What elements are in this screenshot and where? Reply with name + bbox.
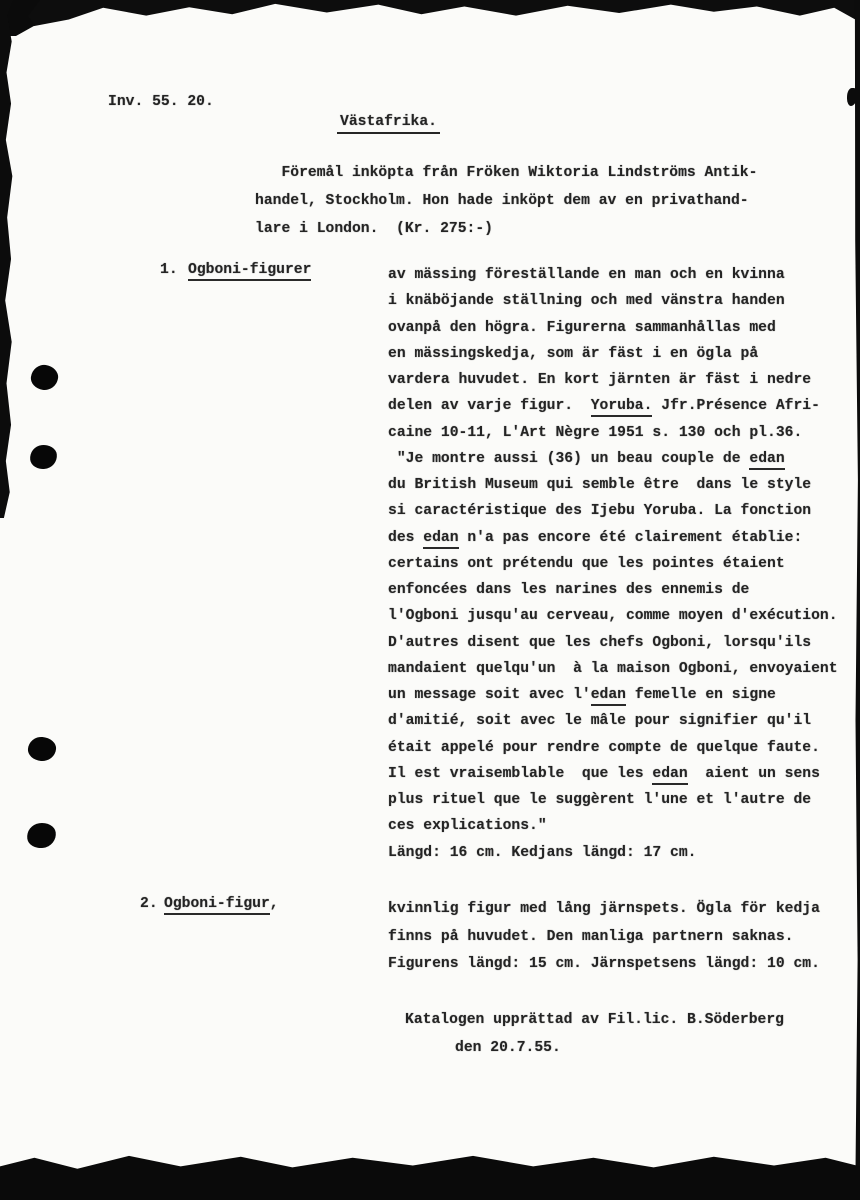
text-line: av mässing föreställande en man och en k… bbox=[388, 262, 838, 288]
punch-hole bbox=[25, 821, 57, 850]
text-line: Föremål inköpta från Fröken Wiktoria Lin… bbox=[255, 160, 757, 188]
text-line: du British Museum qui semble être dans l… bbox=[388, 472, 838, 498]
punch-hole bbox=[29, 363, 59, 392]
scan-edge-right bbox=[854, 0, 860, 1200]
text-line: ovanpå den högra. Figurerna sammanhållas… bbox=[388, 315, 838, 341]
text-line: enfoncées dans les narines des ennemis d… bbox=[388, 577, 838, 603]
text-line: d'amitié, soit avec le mâle pour signifi… bbox=[388, 708, 838, 734]
text-line: D'autres disent que les chefs Ogboni, lo… bbox=[388, 630, 838, 656]
scan-speckles bbox=[0, 0, 2, 2]
scan-edge-top bbox=[0, 0, 860, 26]
text-line: finns på huvudet. Den manliga partnern s… bbox=[388, 924, 820, 952]
page-title: Västafrika. bbox=[337, 114, 440, 130]
text-line: si caractéristique des Ijebu Yoruba. La … bbox=[388, 498, 838, 524]
text-line: plus rituel que le suggèrent l'une et l'… bbox=[388, 787, 838, 813]
intro-paragraph: Föremål inköpta från Fröken Wiktoria Lin… bbox=[255, 160, 757, 243]
text-line: delen av varje figur. Yoruba. Jfr.Présen… bbox=[388, 393, 838, 419]
text-line: caine 10-11, L'Art Nègre 1951 s. 130 och… bbox=[388, 420, 838, 446]
text-line: en mässingskedja, som är fäst i en ögla … bbox=[388, 341, 838, 367]
punch-hole bbox=[27, 736, 57, 762]
item-label-text: Ogboni-figurer bbox=[188, 262, 311, 281]
item-label: Ogboni-figurer bbox=[188, 262, 311, 278]
footer-line: den 20.7.55. bbox=[455, 1040, 561, 1056]
document-page: Inv. 55. 20. Västafrika. Föremål inköpta… bbox=[0, 0, 860, 1200]
text-line: un message soit avec l'edan femelle en s… bbox=[388, 682, 838, 708]
text-line: ces explications." bbox=[388, 813, 838, 839]
scan-edge-bottom bbox=[0, 1152, 860, 1200]
scan-edge-left bbox=[0, 0, 13, 518]
item-dimensions: Längd: 16 cm. Kedjans längd: 17 cm. bbox=[388, 845, 697, 861]
item-label-suffix: , bbox=[270, 896, 279, 912]
item-number: 2. bbox=[140, 896, 158, 912]
item-label-text: Ogboni-figur bbox=[164, 896, 270, 915]
item-description: kvinnlig figur med lång järnspets. Ögla … bbox=[388, 896, 820, 979]
text-line: l'Ogboni jusqu'au cerveau, comme moyen d… bbox=[388, 603, 838, 629]
text-line: des edan n'a pas encore été clairement é… bbox=[388, 525, 838, 551]
text-line: kvinnlig figur med lång järnspets. Ögla … bbox=[388, 896, 820, 924]
text-line: i knäböjande ställning och med vänstra h… bbox=[388, 288, 838, 314]
text-line: mandaient quelqu'un à la maison Ogboni, … bbox=[388, 656, 838, 682]
text-line: certains ont prétendu que les pointes ét… bbox=[388, 551, 838, 577]
text-line: lare i London. (Kr. 275:-) bbox=[255, 216, 757, 244]
text-line: vardera huvudet. En kort järnten är fäst… bbox=[388, 367, 838, 393]
item-number: 1. bbox=[160, 262, 178, 278]
text-line: était appelé pour rendre compte de quelq… bbox=[388, 735, 838, 761]
text-line: "Je montre aussi (36) un beau couple de … bbox=[388, 446, 838, 472]
item-label: Ogboni-figur, bbox=[164, 896, 279, 912]
item-description: av mässing föreställande en man och en k… bbox=[388, 262, 838, 840]
page-title-text: Västafrika. bbox=[337, 114, 440, 134]
footer-line: Katalogen upprättad av Fil.lic. B.Söderb… bbox=[405, 1012, 784, 1028]
punch-hole bbox=[29, 444, 58, 471]
text-line: handel, Stockholm. Hon hade inköpt dem a… bbox=[255, 188, 757, 216]
text-line: Il est vraisemblable que les edan aient … bbox=[388, 761, 838, 787]
text-line: Figurens längd: 15 cm. Järnspetsens läng… bbox=[388, 951, 820, 979]
inventory-number: Inv. 55. 20. bbox=[108, 94, 214, 110]
